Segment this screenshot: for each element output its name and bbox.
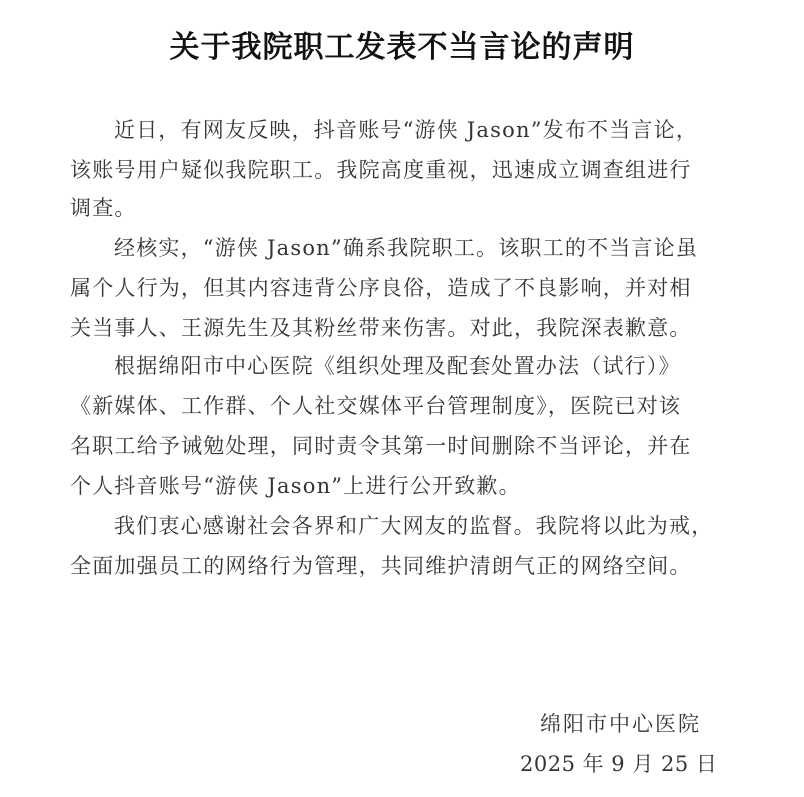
text-line: 关当事人、王源先生及其粉丝带来伤害。对此，我院深表歉意。 [70, 312, 692, 342]
text-line: 《新媒体、工作群、个人社交媒体平台管理制度》，医院已对该 [70, 390, 681, 420]
text-line: 近日，有网友反映，抖音账号“游侠 Jason”发布不当言论， [114, 114, 698, 144]
text-line: 属个人行为，但其内容违背公序良俗，造成了不良影响，并对相 [70, 272, 692, 302]
text-line: 我们衷心感谢社会各界和广大网友的监督。我院将以此为戒， [114, 510, 713, 540]
text-line: 根据绵阳市中心医院《组织处理及配套处置办法（试行）》 [114, 350, 681, 380]
text-line: 名职工给予诫勉处理，同时责令其第一时间删除不当评论，并在 [70, 430, 692, 460]
document-title: 关于我院职工发表不当言论的声明 [0, 22, 804, 66]
text-line: 该账号用户疑似我院职工。我院高度重视，迅速成立调查组进行 [70, 154, 692, 184]
signature-date: 2025 年 9 月 25 日 [520, 748, 717, 778]
signature-organization: 绵阳市中心医院 [540, 708, 701, 738]
text-line: 经核实，“游侠 Jason”确系我院职工。该职工的不当言论虽 [114, 232, 698, 262]
text-line: 个人抖音账号“游侠 Jason”上进行公开致歉。 [70, 470, 521, 500]
text-line: 全面加强员工的网络行为管理，共同维护清朗气正的网络空间。 [70, 550, 692, 580]
text-line: 调查。 [70, 192, 137, 222]
